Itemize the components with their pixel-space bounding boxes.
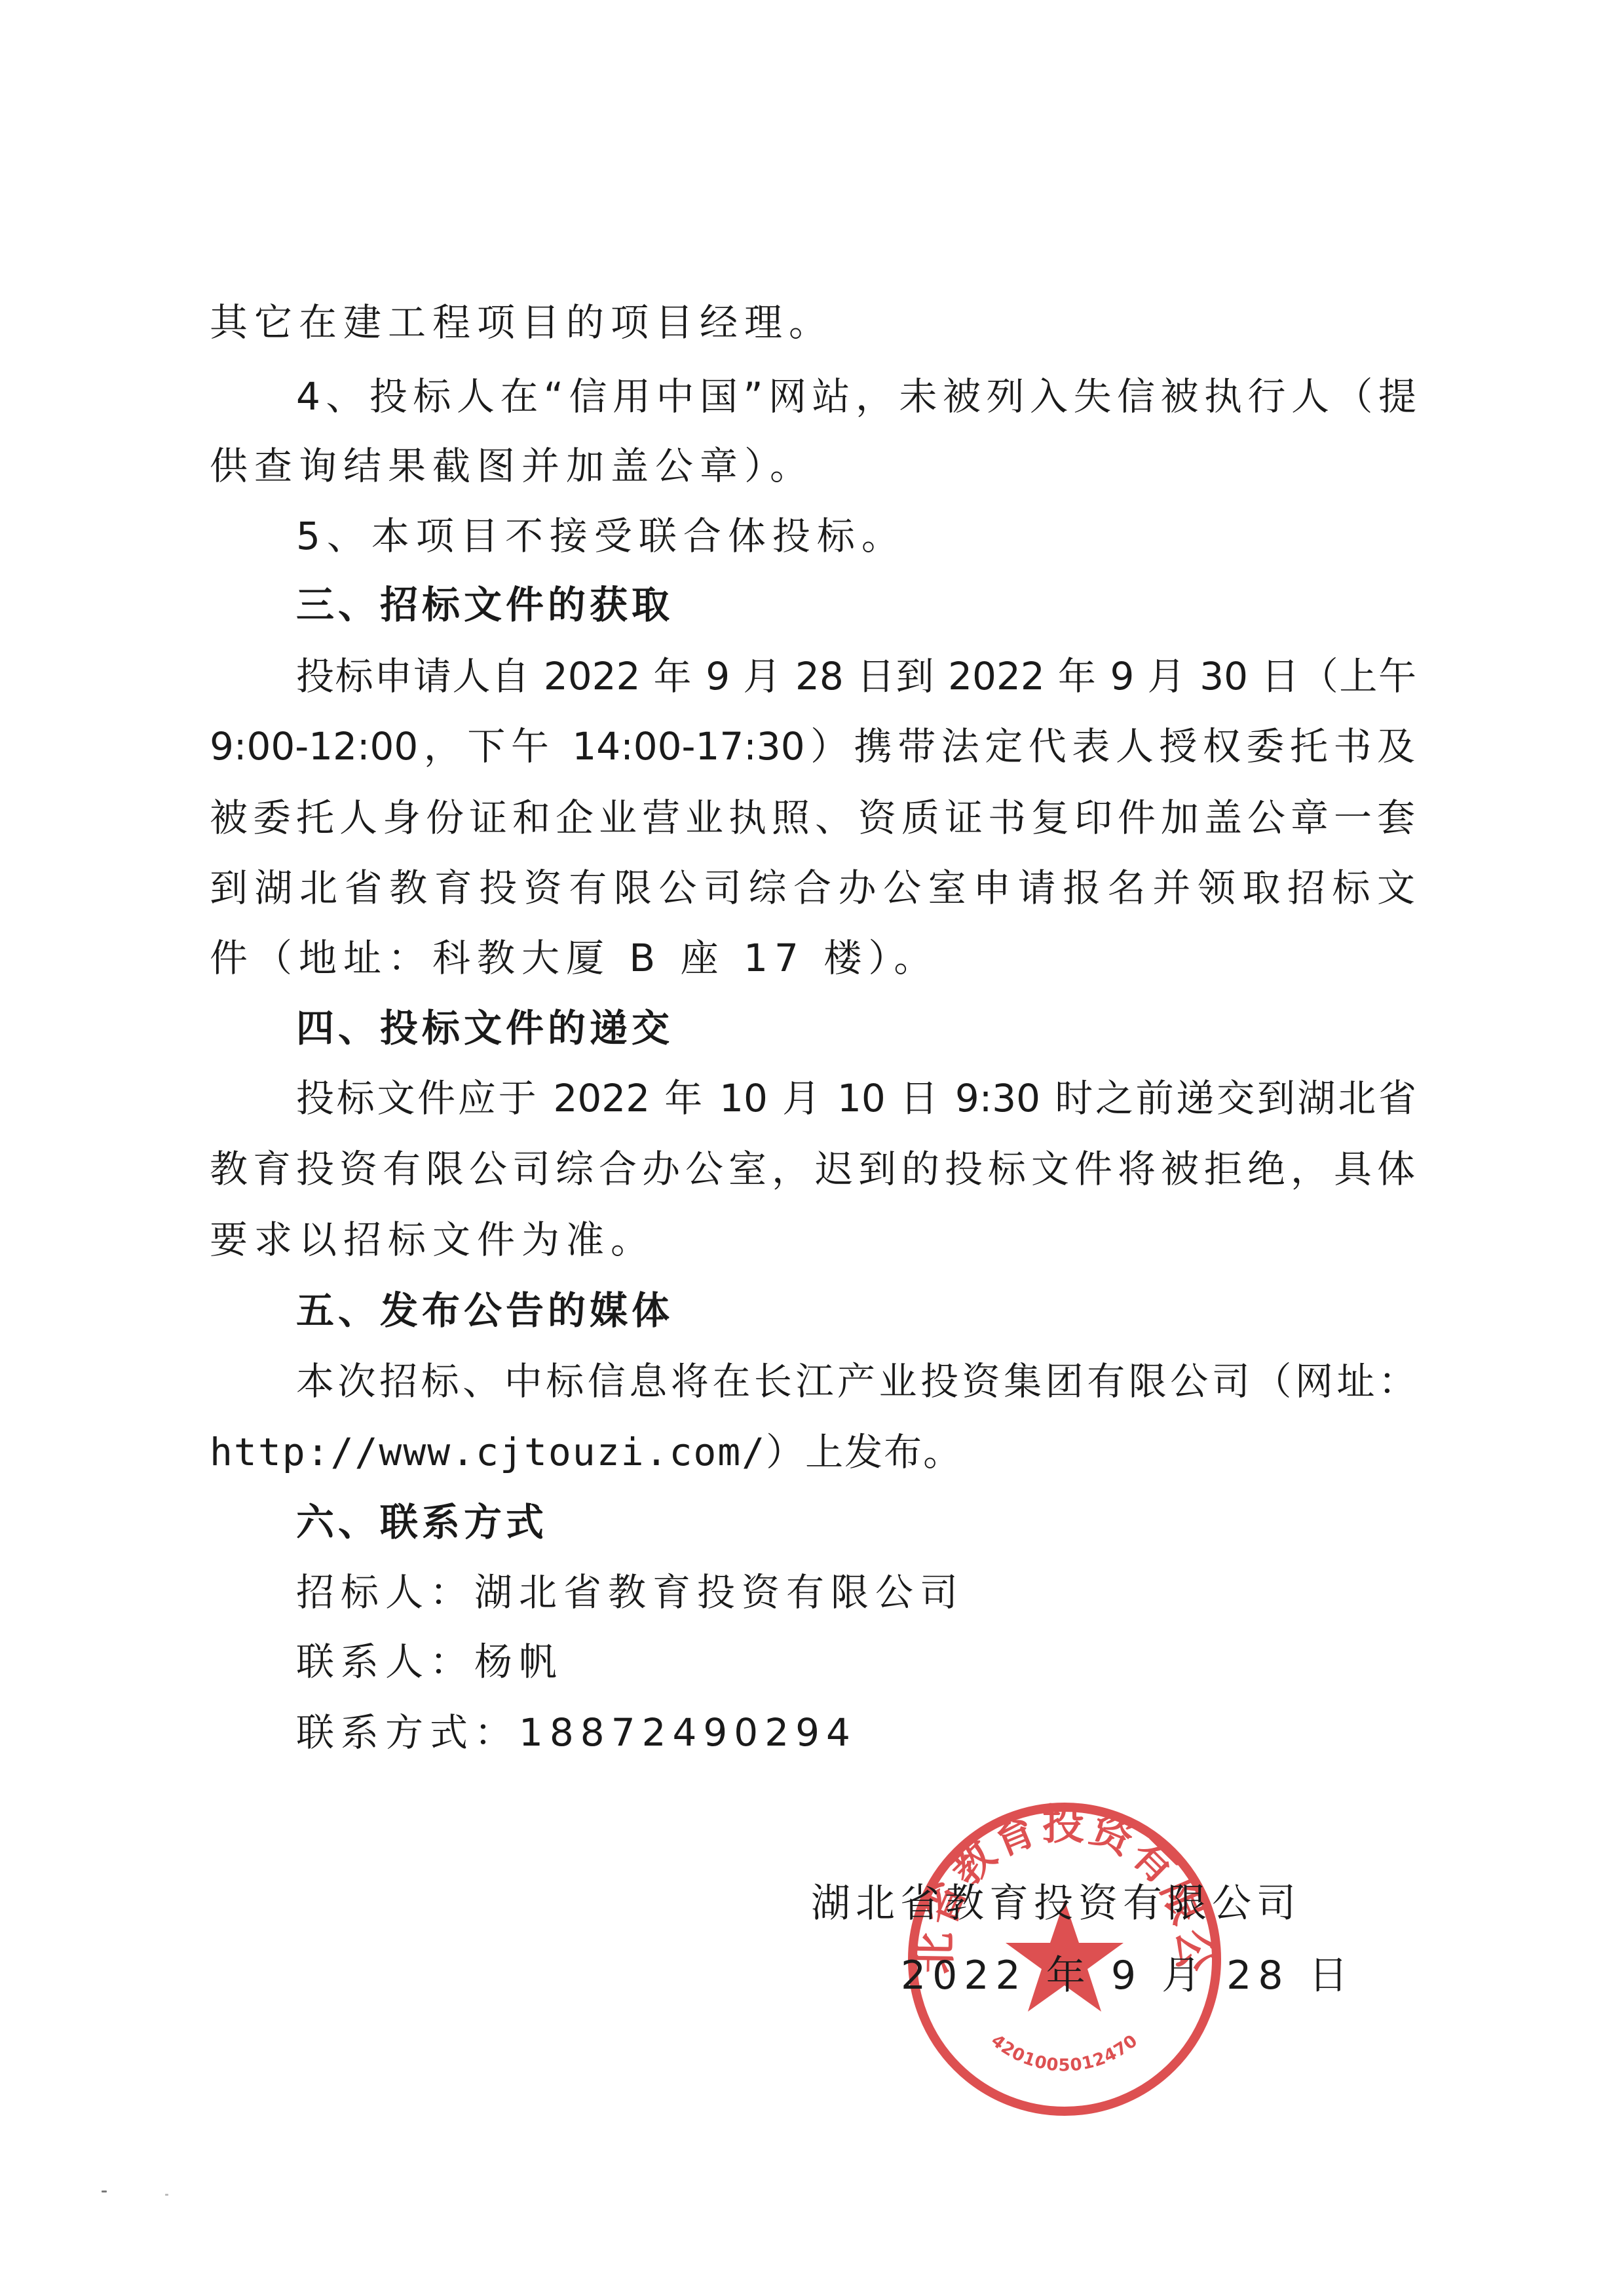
scan-speck [165,2194,168,2196]
signature-date: 2022 年 9 月 28 日 [901,1949,1355,2002]
section-heading-4: 四、投标文件的递交 [296,1002,1501,1054]
body-line: 教育投资有限公司综合办公室，迟到的投标文件将被拒绝，具体 [210,1143,1415,1195]
body-line: 要求以招标文件为准。 [210,1214,1415,1266]
body-line: 被委托人身份证和企业营业执照、资质证书复印件加盖公章一套 [210,792,1415,844]
body-line: 本次招标、中标信息将在长江产业投资集团有限公司（网址： [296,1355,1416,1407]
list-item-4: 4、投标人在“信用中国”网站，未被列入失信被执行人（提 [296,370,1416,423]
body-line: 其它在建工程项目的项目经理。 [210,296,1415,349]
body-line: 到湖北省教育投资有限公司综合办公室申请报名并领取招标文 [210,862,1415,914]
website-link[interactable]: http://www.cjtouzi.com/）上发布。 [210,1426,1415,1478]
section-heading-6: 六、联系方式 [296,1496,1501,1548]
contact-person-line: 联系人：杨帆 [296,1636,1501,1688]
body-line: 投标申请人自 2022 年 9 月 28 日到 2022 年 9 月 30 日（… [296,650,1416,702]
phone-line: 联系方式：18872490294 [296,1706,1501,1759]
seal-number: 4201005012470 [987,2031,1142,2075]
body-line: 投标文件应于 2022 年 10 月 10 日 9:30 时之前递交到湖北省 [296,1072,1416,1124]
signature-company: 湖北省教育投资有限公司 [811,1877,1301,1930]
section-heading-5: 五、发布公告的媒体 [296,1284,1501,1337]
svg-text:4201005012470: 4201005012470 [987,2031,1142,2075]
body-line: 供查询结果截图并加盖公章）。 [210,440,1415,492]
scan-speck [102,2191,107,2192]
section-heading-3: 三、招标文件的获取 [296,579,1501,631]
tenderer-line: 招标人：湖北省教育投资有限公司 [296,1566,1501,1618]
list-item-5: 5、本项目不接受联合体投标。 [296,510,1501,562]
body-line: 9:00-12:00，下午 14:00-17:30）携带法定代表人授权委托书及 [210,720,1415,773]
document-page: 其它在建工程项目的项目经理。 4、投标人在“信用中国”网站，未被列入失信被执行人… [0,0,1624,2296]
body-line: 件（地址：科教大厦 B 座 17 楼）。 [210,932,1415,984]
